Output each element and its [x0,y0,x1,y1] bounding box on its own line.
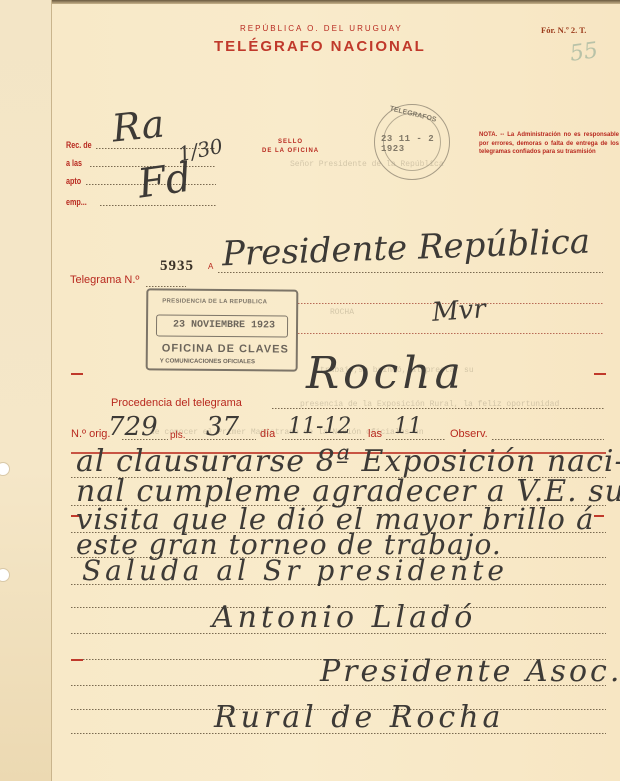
presidency-stamp: PRESIDENCIA DE LA REPUBLICA 23 NOVIEMBRE… [146,288,299,371]
republic-heading: REPÚBLICA O. DEL URUGUAY [240,24,403,33]
postmark-date: 23 11 - 2 1923 [381,134,449,154]
punch-hole [0,568,10,582]
message-line: Saluda al Sr presidente [82,554,508,587]
las-label: las [368,428,382,440]
dia-line [282,439,366,440]
show-through-text: de conocer el Primer Magistrado de la Na… [150,428,424,437]
handwritten-rec-de: Ra [110,101,166,150]
observ-line [492,439,604,440]
signature-organization: Rural de Rocha [214,700,504,735]
pls-label: pls. [170,430,186,441]
handwritten-orig: 729 [108,412,158,442]
signature-name: Antonio Lladó [212,600,476,635]
show-through-text: ROCHA [330,308,354,317]
recipient-line-3 [298,333,603,334]
handwritten-recipient: Presidente República [221,222,590,275]
stamp-date-box: 23 NOVIEMBRE 1923 [156,314,288,337]
nota-disclaimer: NOTA. -- La Administración no es respons… [479,131,619,157]
sello-label: SELLO DE LA OFICINA [262,138,319,156]
apto-label: apto [66,176,81,186]
sello-line-2: DE LA OFICINA [262,147,319,156]
binding-strip [0,0,52,781]
handwritten-initials: Fd [135,155,194,208]
stamp-date: 23 NOVIEMBRE 1923 [173,320,275,332]
punch-hole [0,462,10,476]
dia-label: día [260,428,275,440]
stamp-line-1: PRESIDENCIA DE LA REPUBLICA [162,298,267,305]
paper-top-edge [50,0,620,4]
signature-title: Presidente Asoc. [320,654,620,689]
margin-dash [71,659,83,661]
procedencia-line [272,408,604,409]
handwritten-pls: 37 [206,412,239,442]
stamp-line-4: Y COMUNICACIONES OFICIALES [160,358,255,365]
a-label: A [208,262,213,271]
emp-label: emp... [66,197,87,207]
pencil-annotation: 55 [568,38,599,67]
rec-de-label: Rec. de [66,140,92,150]
margin-dash [594,373,606,375]
page-title: TELÉGRAFO NACIONAL [214,38,426,55]
margin-dash [71,373,83,375]
sello-line-1: SELLO [262,138,319,147]
margin-dash [594,515,604,517]
postmark-stamp: TELEGRAFOS 23 11 - 2 1923 [374,104,450,180]
orig-label: N.º orig. [71,428,110,440]
procedencia-label: Procedencia del telegrama [111,397,242,409]
telegram-number-line [146,286,186,287]
handwritten-origin: Rocha [306,348,465,399]
observ-label: Observ. [450,428,488,440]
telegram-number-label: Telegrama N.º [70,274,139,286]
form-number: Fór. N.º 2. T. [541,25,586,35]
telegram-form: Señor Presidente de la República ROCHA t… [0,0,620,781]
handwritten-las: 11 [394,414,422,439]
handwritten-dia: 11-12 [288,414,351,439]
stamp-line-3: OFICINA DE CLAVES [162,342,289,355]
las-line [386,439,446,440]
a-las-label: a las [66,158,82,168]
telegram-number: 5935 [160,258,194,275]
handwritten-recipient-line2: Mvr [431,294,487,328]
